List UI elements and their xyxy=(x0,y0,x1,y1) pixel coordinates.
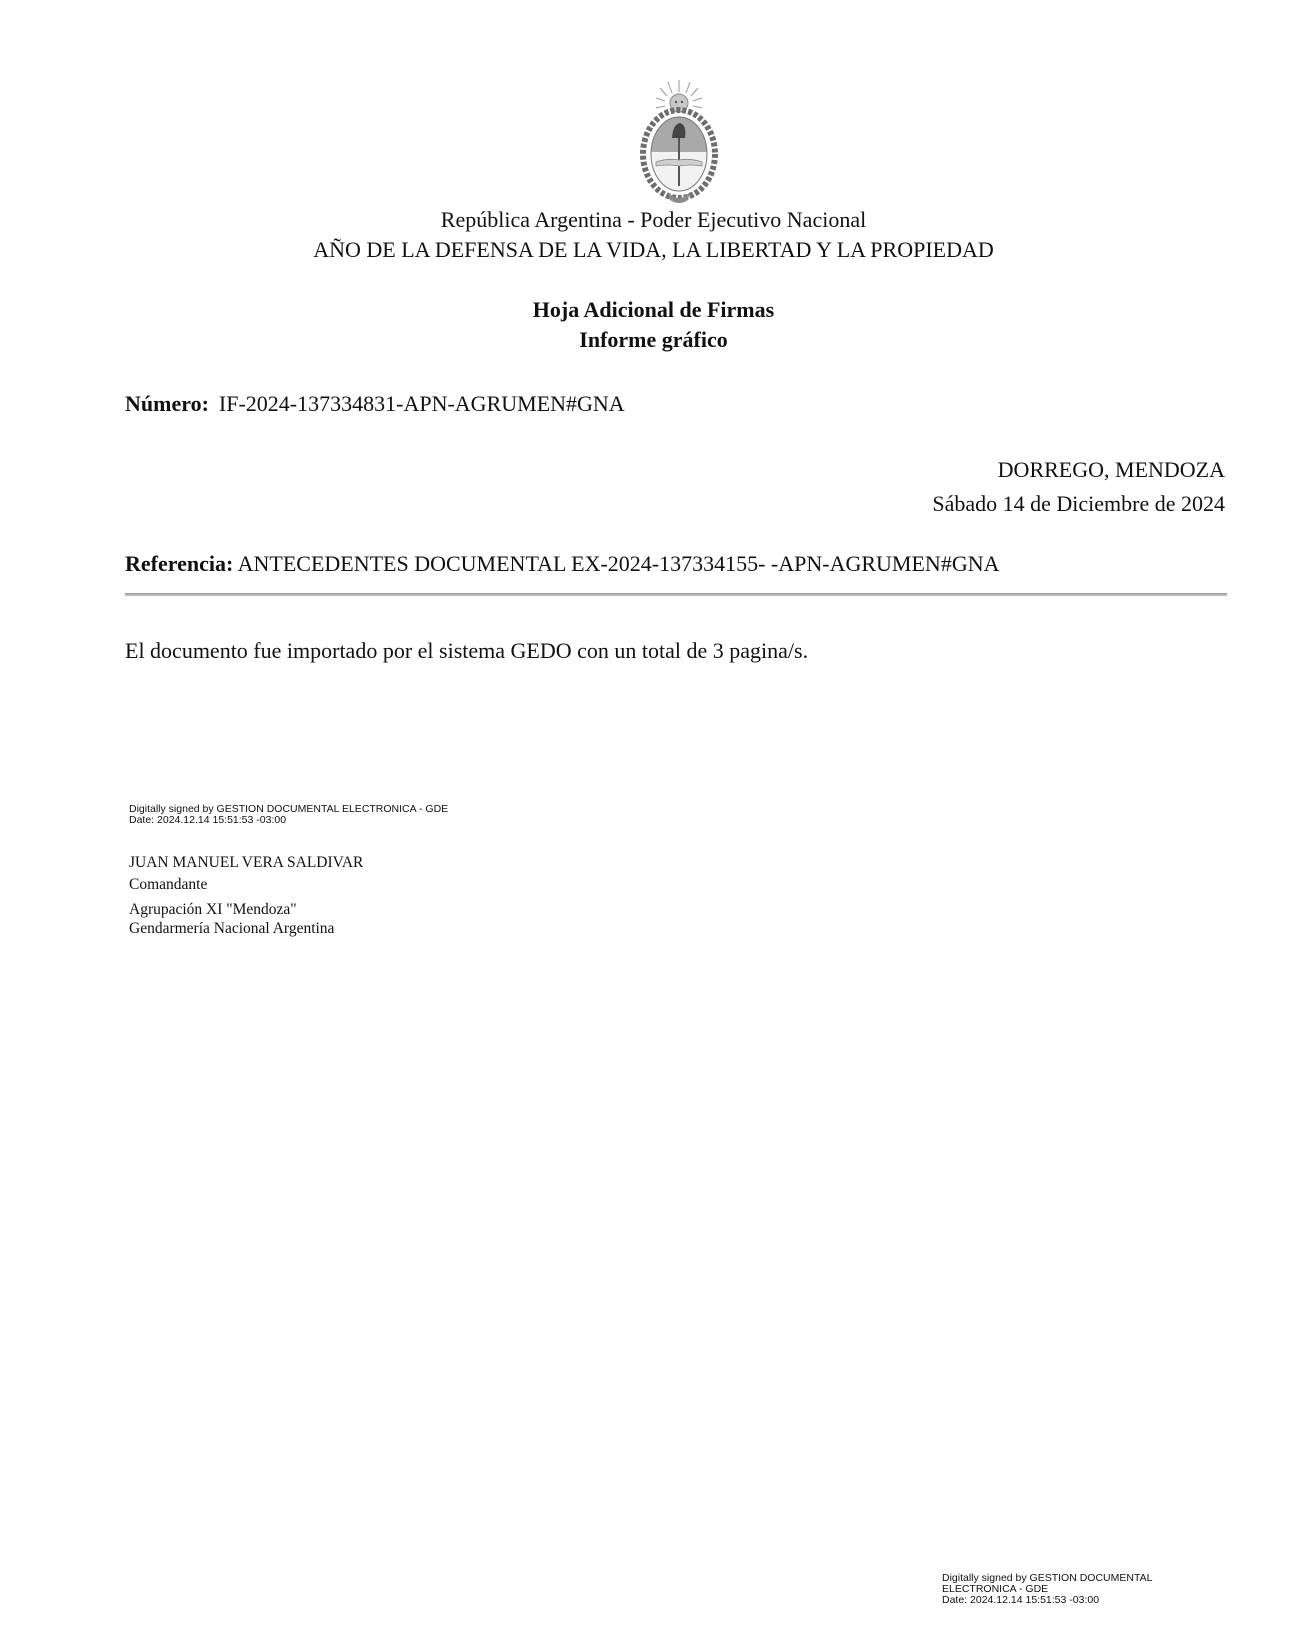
signer-rank: Comandante xyxy=(129,874,363,896)
signer-name: JUAN MANUEL VERA SALDIVAR xyxy=(129,852,363,874)
reference-label: Referencia: xyxy=(125,551,233,576)
document-body: El documento fue importado por el sistem… xyxy=(125,638,808,664)
footer-signature-date: Date: 2024.12.14 15:51:53 -03:00 xyxy=(942,1595,1152,1606)
argentina-coat-of-arms-icon xyxy=(638,78,720,206)
signer-unit: Agrupación XI "Mendoza" xyxy=(129,900,363,919)
signer-organization: Gendarmería Nacional Argentina xyxy=(129,919,363,938)
document-date: Sábado 14 de Diciembre de 2024 xyxy=(932,491,1225,517)
document-subtitle: Informe gráfico xyxy=(0,327,1307,353)
reference-value: ANTECEDENTES DOCUMENTAL EX-2024-13733415… xyxy=(238,551,1000,576)
digital-signature-stamp: Digitally signed by GESTION DOCUMENTAL E… xyxy=(129,804,448,826)
horizontal-divider xyxy=(125,593,1227,596)
digital-signature-date: Date: 2024.12.14 15:51:53 -03:00 xyxy=(129,815,448,826)
signer-block: JUAN MANUEL VERA SALDIVAR Comandante Agr… xyxy=(129,852,363,938)
document-location: DORREGO, MENDOZA xyxy=(998,457,1225,483)
document-title: Hoja Adicional de Firmas xyxy=(0,297,1307,323)
document-number-label: Número: xyxy=(125,391,209,416)
document-reference: Referencia: ANTECEDENTES DOCUMENTAL EX-2… xyxy=(125,551,999,577)
header-line-year-motto: AÑO DE LA DEFENSA DE LA VIDA, LA LIBERTA… xyxy=(0,237,1307,263)
document-number-value: IF-2024-137334831-APN-AGRUMEN#GNA xyxy=(219,391,625,416)
header-line-government: República Argentina - Poder Ejecutivo Na… xyxy=(0,207,1307,233)
document-number: Número:IF-2024-137334831-APN-AGRUMEN#GNA xyxy=(125,391,625,417)
footer-digital-signature-stamp: Digitally signed by GESTION DOCUMENTAL E… xyxy=(942,1573,1152,1606)
